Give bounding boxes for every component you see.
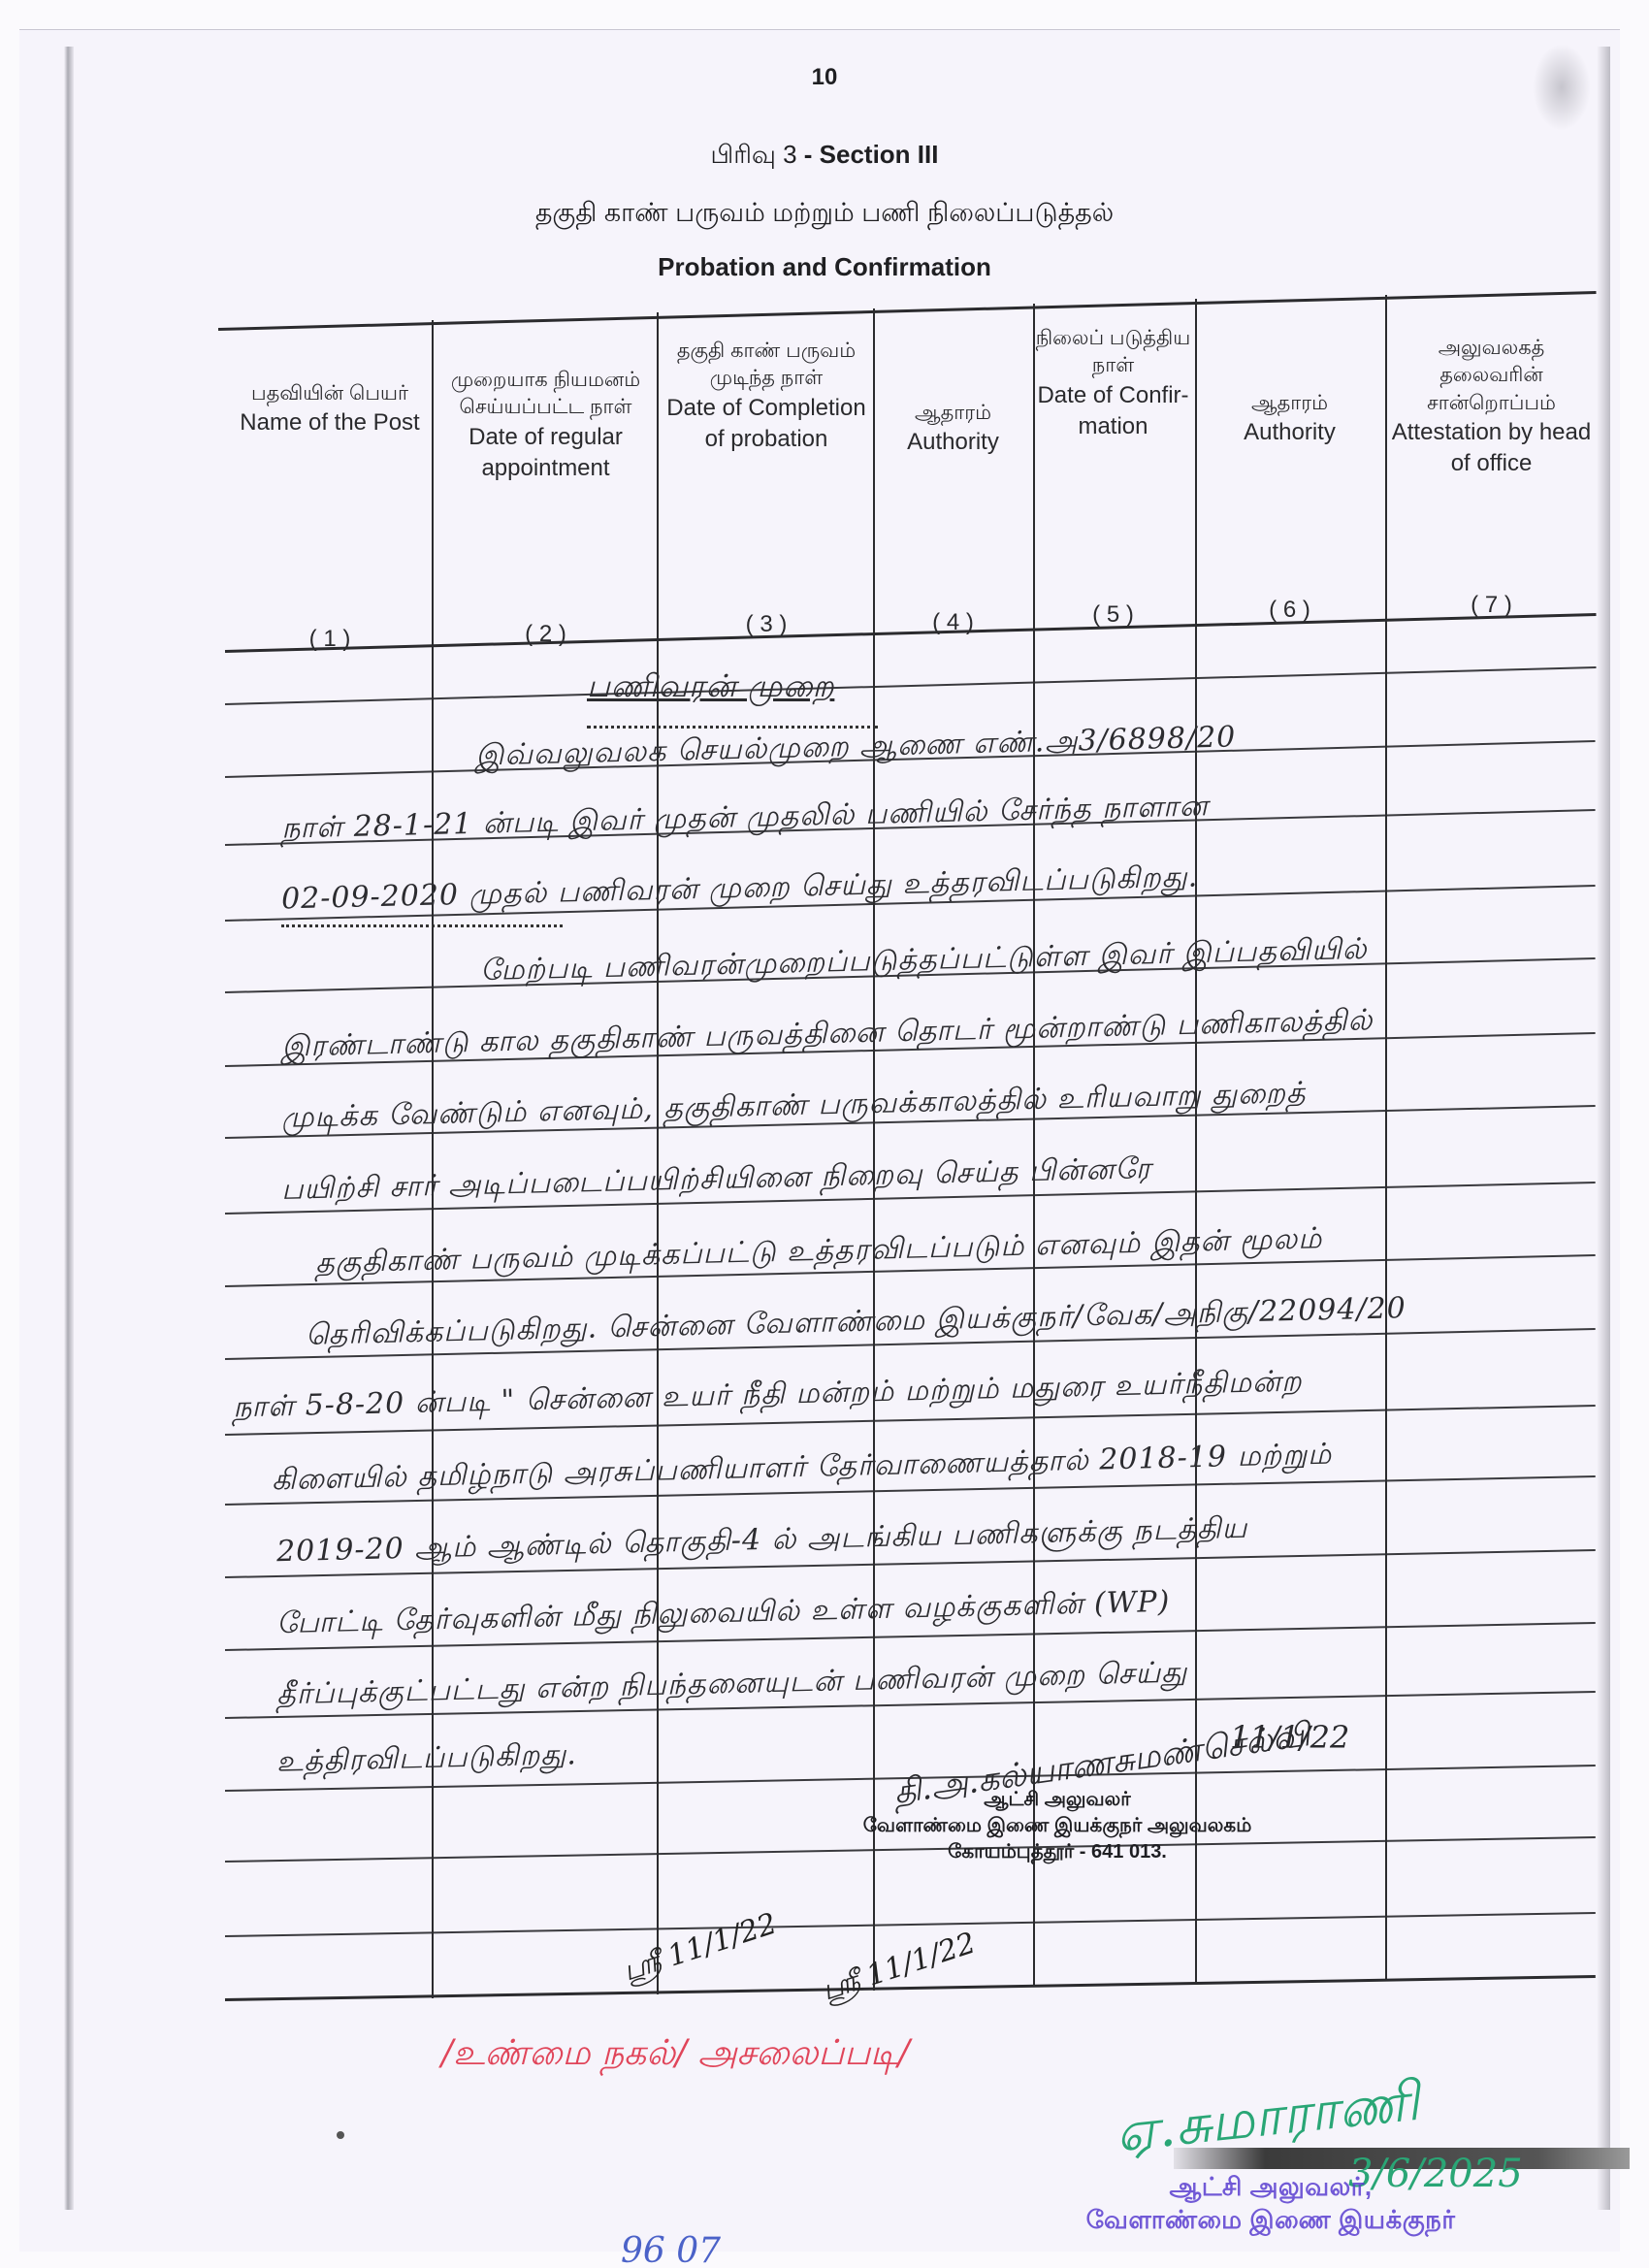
office-stamp: ஆட்சி அலுவலர், வேளாண்மை இணை இயக்குநர்: [1057, 2171, 1484, 2237]
office-seal: ஆட்சி அலுவலர் வேளாண்மை இணை இயக்குநர் அலு…: [854, 1787, 1261, 1865]
signature-date: 11/1/22: [1230, 1719, 1349, 1756]
column-divider: [1385, 295, 1387, 1979]
column-number-5: ( 5 ): [1075, 601, 1152, 629]
column-divider: [873, 308, 875, 1991]
page-number: 10: [0, 64, 1649, 91]
handwritten-line: உத்திரவிடப்படுகிறது.: [276, 1737, 578, 1783]
section-label-en: - Section III: [804, 140, 939, 169]
seal-designation: ஆட்சி அலுவலர்: [854, 1787, 1261, 1813]
column-header-5: நிலைப் படுத்திய நாள்Date of Confir- mati…: [1033, 325, 1193, 442]
column-header-english: Date of Confir- mation: [1033, 380, 1193, 443]
section-label-ta: பிரிவு 3: [711, 140, 797, 169]
stamp-line-1: ஆட்சி அலுவலர்,: [1057, 2171, 1484, 2204]
entry-heading: பணிவரன் முறை: [587, 667, 834, 708]
column-number-7: ( 7 ): [1453, 592, 1531, 619]
heading-underline: [587, 718, 878, 729]
column-header-tamil: முறையாக நியமனம் செய்யப்பட்ட நாள்: [436, 367, 655, 422]
column-header-english: Authority: [873, 427, 1033, 458]
seal-office: வேளாண்மை இணை இயக்குநர் அலுவலகம்: [854, 1813, 1261, 1839]
page-folio-scribble: 96 07: [621, 2231, 721, 2268]
column-header-3: தகுதி காண் பருவம் முடிந்த நாள்Date of Co…: [660, 338, 873, 455]
section-title: பிரிவு 3 - Section III: [0, 140, 1649, 173]
column-header-tamil: ஆதாரம்: [873, 400, 1033, 427]
date-underline: [281, 917, 563, 927]
column-header-tamil: ஆதாரம்: [1195, 390, 1384, 417]
scan-speck: [337, 2131, 344, 2139]
scan-edge-right: [1597, 47, 1610, 2210]
column-header-tamil: அலுவலகத் தலைவரின் சான்றொப்பம்: [1387, 335, 1596, 417]
column-number-2: ( 2 ): [507, 621, 585, 648]
column-header-english: Attestation by head of office: [1387, 417, 1596, 480]
title-tamil: தகுதி காண் பருவம் மற்றும் பணி நிலைப்படுத…: [0, 198, 1649, 232]
column-divider: [1033, 304, 1035, 1987]
column-number-3: ( 3 ): [727, 611, 805, 638]
stamp-line-2: வேளாண்மை இணை இயக்குநர்: [1057, 2204, 1484, 2237]
title-english: Probation and Confirmation: [0, 252, 1649, 282]
column-header-tamil: தகுதி காண் பருவம் முடிந்த நாள்: [660, 338, 873, 393]
column-header-english: Name of the Post: [228, 407, 432, 438]
column-divider: [657, 312, 659, 1994]
column-header-2: முறையாக நியமனம் செய்யப்பட்ட நாள்Date of …: [436, 367, 655, 484]
column-header-english: Date of regular appointment: [436, 422, 655, 485]
column-header-1: பதவியின் பெயர்Name of the Post: [228, 380, 432, 439]
column-number-6: ( 6 ): [1251, 597, 1329, 624]
scan-edge-left: [64, 47, 74, 2210]
column-header-7: அலுவலகத் தலைவரின் சான்றொப்பம்Attestation…: [1387, 335, 1596, 480]
column-number-1: ( 1 ): [291, 626, 369, 653]
column-header-6: ஆதாரம்Authority: [1195, 390, 1384, 449]
seal-place: கோயம்புத்தூர் - 641 013.: [854, 1839, 1261, 1865]
column-header-english: Authority: [1195, 417, 1384, 448]
column-header-english: Date of Completion of probation: [660, 393, 873, 456]
column-header-4: ஆதாரம்Authority: [873, 400, 1033, 459]
column-header-tamil: நிலைப் படுத்திய நாள்: [1033, 325, 1193, 380]
true-copy-note: /உண்மை நகல்/ அசலைப்படி/: [441, 2033, 910, 2078]
column-header-tamil: பதவியின் பெயர்: [228, 380, 432, 407]
column-number-4: ( 4 ): [915, 609, 992, 636]
